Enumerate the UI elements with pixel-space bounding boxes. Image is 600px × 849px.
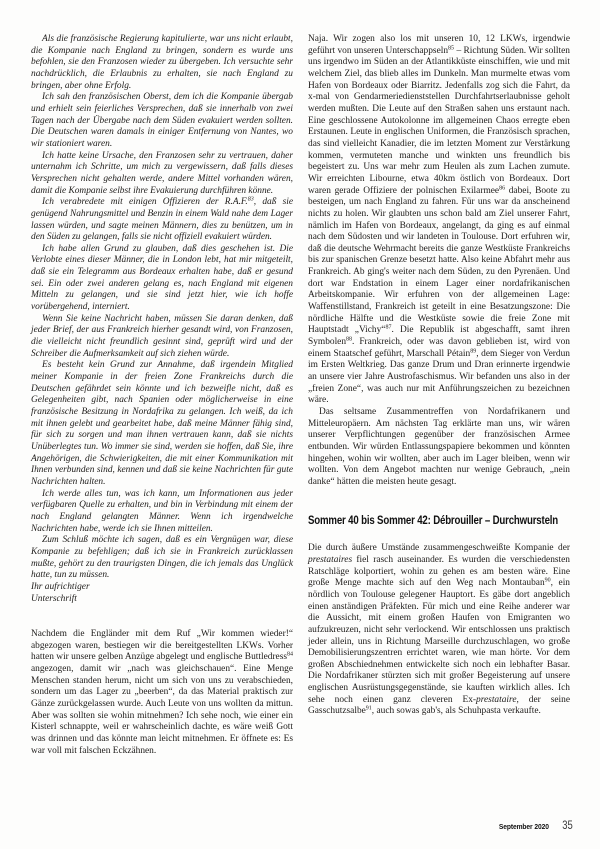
magazine-page: Als die französische Regierung kapitulie… [0,0,600,849]
text-run: Ich hatte keine Ursache, den Franzosen s… [31,151,293,196]
left-column: Als die französische Regierung kapitulie… [31,34,293,757]
text-run: Das seltsame Zusammentreffen von Nordafr… [308,407,570,487]
footnote-reference: 84 [287,652,293,658]
text-run: Ich sah den französischen Oberst, dem ic… [31,92,293,149]
letter-paragraph: Ich habe allen Grund zu glauben, daß die… [31,244,293,314]
text-run: Wenn Sie keine Nachricht haben, müssen S… [31,314,293,359]
letter-paragraph: Zum Schluß möchte ich sagen, daß es ein … [31,535,293,582]
text-run: Ihr aufrichtiger [31,582,90,592]
text-run: – Richtung Süden. Wir sollten uns irgend… [308,46,570,196]
letter-paragraph: Wenn Sie keine Nachricht haben, müssen S… [31,314,293,361]
text-run: Zum Schluß möchte ich sagen, daß es ein … [31,535,293,580]
letter-paragraph: Ich hatte keine Ursache, den Franzosen s… [31,151,293,198]
text-run: Es besteht kein Grund zur Annahme, daß i… [31,360,293,487]
text-run: Als die französische Regierung kapitulie… [31,34,293,91]
letter-paragraph: Ich werde alles tun, was ich kann, um In… [31,489,293,536]
text-run: Unterschrift [31,594,77,604]
body-paragraph: Naja. Wir zogen also los mit unseren 10,… [308,34,570,407]
text-run: , ein nördlich von Toulouse gelegener Ha… [308,578,570,705]
section-heading: Sommer 40 bis Sommer 42: Débrouiller – D… [308,516,528,528]
emphasized-term: prestataire [476,695,516,705]
text-run: Ich habe allen Grund zu glauben, daß die… [31,244,293,312]
body-paragraph: Die durch äußere Umstände zusammengeschw… [308,543,570,718]
body-paragraph: Das seltsame Zusammentreffen von Nordafr… [308,407,570,489]
letter-paragraph: Ich verabredete mit einigen Offizieren d… [31,197,293,244]
page-footer: September 2020 35 [492,820,573,832]
text-run: Nachdem die Engländer mit dem Ruf „Wir k… [31,629,293,662]
text-run: Ich werde alles tun, was ich kann, um In… [31,489,293,534]
letter-signature-line: Ihr aufrichtiger [31,582,293,594]
text-run: dabei, Boote zu besteigen, um nach Engla… [308,186,570,336]
text-run: Ich verabredete mit einigen Offizieren d… [42,197,248,207]
footer-page-number: 35 [563,820,573,832]
right-column: Naja. Wir zogen also los mit unseren 10,… [308,34,570,757]
text-run: angezogen, damit wir „nach was gleichsch… [31,664,293,756]
text-run: Die durch äußere Umstände zusammengeschw… [308,543,570,553]
letter-paragraph: Ich sah den französischen Oberst, dem ic… [31,92,293,150]
letter-paragraph: Es besteht kein Grund zur Annahme, daß i… [31,360,293,488]
body-paragraph: Nachdem die Engländer mit dem Ruf „Wir k… [31,629,293,757]
emphasized-term: prestataires [308,555,352,565]
two-column-layout: Als die französische Regierung kapitulie… [0,0,600,757]
letter-signature-line: Unterschrift [31,594,293,606]
text-run: , auch sowas gab's, als Schuhpasta verka… [372,706,541,716]
letter-paragraph: Als die französische Regierung kapitulie… [31,34,293,92]
footer-issue-date: September 2020 [499,822,549,831]
